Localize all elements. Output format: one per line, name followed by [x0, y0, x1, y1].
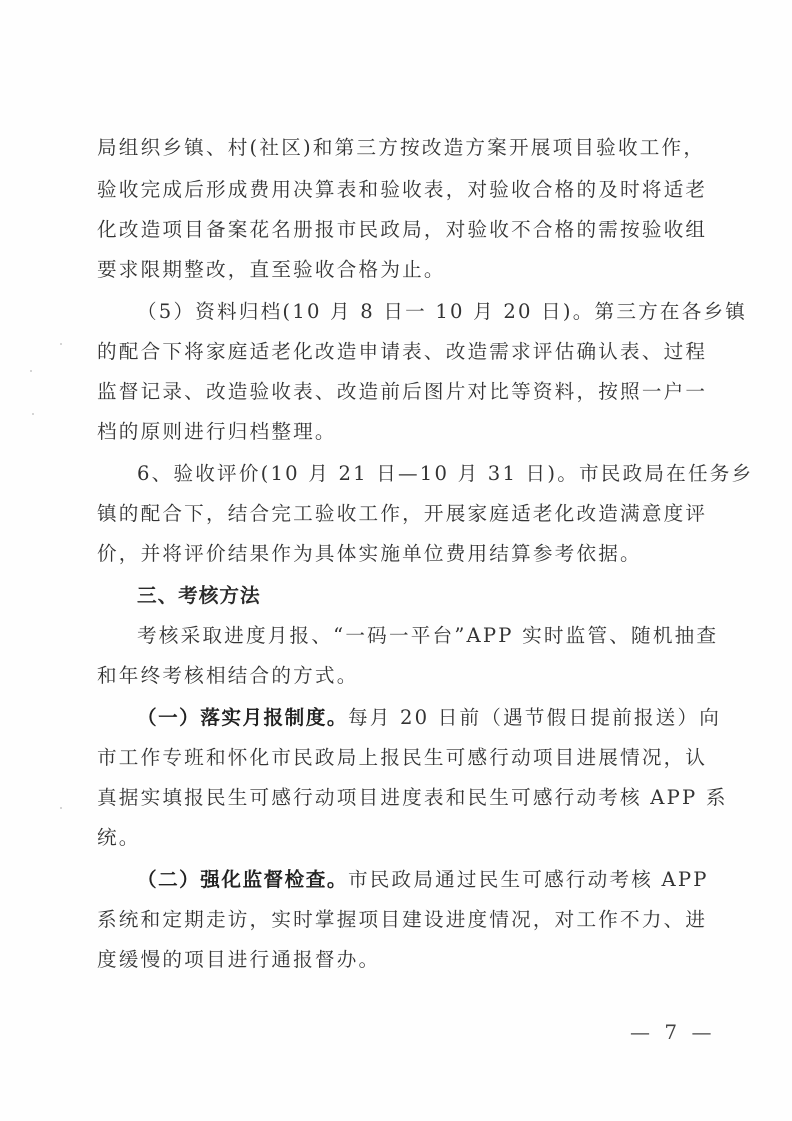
paragraph-text: 市民政局通过民生可感行动考核 APP — [348, 860, 709, 900]
scan-speck — [60, 807, 62, 809]
section-heading: 三、考核方法 — [97, 576, 693, 616]
paragraph-line: 真据实填报民生可感行动项目进度表和民生可感行动考核 APP 系 — [97, 778, 693, 818]
paragraph-line: 监督记录、改造验收表、改造前后图片对比等资料，按照一户一 — [97, 372, 693, 412]
paragraph-line: 镇的配合下，结合完工验收工作，开展家庭适老化改造满意度评 — [97, 494, 693, 534]
paragraph-line: 的配合下将家庭适老化改造申请表、改造需求评估确认表、过程 — [97, 332, 693, 372]
scan-speck — [32, 413, 34, 415]
paragraph-line: （一）落实月报制度。 每月 20 日前（遇节假日提前报送）向 — [97, 698, 693, 738]
paragraph-line: （二）强化监督检查。 市民政局通过民生可感行动考核 APP — [97, 860, 693, 900]
paragraph-line: 6、验收评价(10 月 21 日—10 月 31 日)。市民政局在任务乡 — [97, 454, 693, 494]
paragraph-text: 每月 20 日前（遇节假日提前报送）向 — [348, 698, 721, 738]
paragraph-line: 档的原则进行归档整理。 — [97, 412, 693, 452]
paragraph-line: 验收完成后形成费用决算表和验收表，对验收合格的及时将适老 — [97, 170, 693, 210]
scan-speck — [30, 370, 32, 372]
subsection-lead: （一）落实月报制度。 — [137, 698, 348, 738]
page-number: — 7 — — [630, 1020, 715, 1044]
paragraph-line: 局组织乡镇、村(社区)和第三方按改造方案开展项目验收工作， — [97, 128, 693, 168]
scan-speck — [60, 343, 62, 345]
paragraph-line: 度缓慢的项目进行通报督办。 — [97, 940, 693, 980]
paragraph-line: 要求限期整改，直至验收合格为止。 — [97, 250, 693, 290]
paragraph-line: 统。 — [97, 818, 693, 858]
document-page: 局组织乡镇、村(社区)和第三方按改造方案开展项目验收工作， 验收完成后形成费用决… — [0, 0, 792, 1121]
paragraph-line: 和年终考核相结合的方式。 — [97, 656, 693, 696]
subsection-lead: （二）强化监督检查。 — [137, 860, 348, 900]
paragraph-line: 考核采取进度月报、“一码一平台”APP 实时监管、随机抽查 — [97, 616, 693, 656]
paragraph-line: 系统和定期走访，实时掌握项目建设进度情况，对工作不力、进 — [97, 900, 693, 940]
paragraph-line: 价，并将评价结果作为具体实施单位费用结算参考依据。 — [97, 534, 693, 574]
paragraph-line: 化改造项目备案花名册报市民政局，对验收不合格的需按验收组 — [97, 210, 693, 250]
paragraph-line: （5）资料归档(10 月 8 日一 10 月 20 日)。第三方在各乡镇 — [97, 292, 693, 332]
paragraph-line: 市工作专班和怀化市民政局上报民生可感行动项目进展情况，认 — [97, 738, 693, 778]
